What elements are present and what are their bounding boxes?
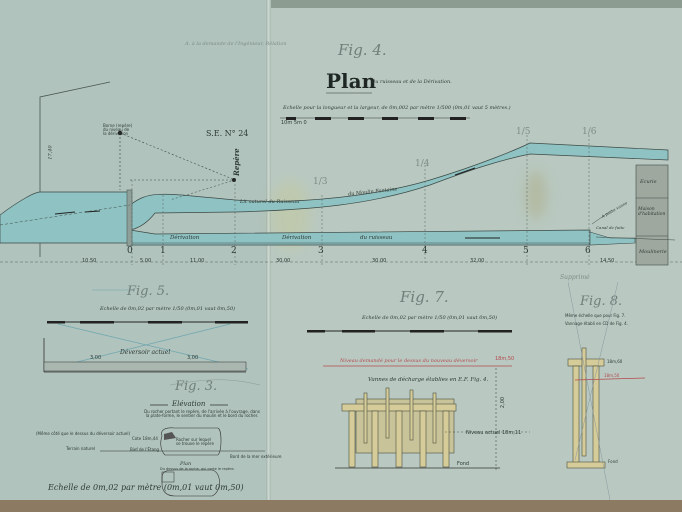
fig8-red-level: 18m,50 — [604, 374, 619, 378]
canal-note: Canal de fuite — [596, 226, 624, 230]
fig3-label: Fig. 3. — [175, 380, 217, 393]
repere-label: Repère — [233, 148, 240, 176]
fig4-subtitle: du ruisseau et de la Dérivation. — [372, 80, 452, 85]
fig8-caption-1: Même échelle que pour Fig. 7. — [565, 314, 625, 318]
fig3-rock: Rocher sur lequel se trouve le repère — [176, 438, 216, 446]
profile-5: 5 — [523, 247, 529, 256]
fig4-label: Fig. 4. — [338, 43, 387, 58]
fig3-left-note: (Même côté que le dessus du déversoir ac… — [36, 432, 130, 436]
fig5-scale-label: Echelle de 0m,02 par mètre 1/50 (0m,01 v… — [100, 307, 235, 312]
fig7-label: Fig. 7. — [400, 290, 449, 305]
fig7-red-line-label: Niveau demandé pour le dessus du nouveau… — [340, 359, 478, 364]
left-dimension: 17,40 — [49, 145, 54, 159]
fig7-water-label: Niveau actuel 18m,11 — [466, 431, 521, 436]
distance: 30,00 — [276, 259, 290, 264]
fig8-bottom-label: Fond — [608, 460, 618, 464]
profile-3: 3 — [318, 247, 324, 256]
fig7-base-label: Fond — [457, 462, 469, 467]
building-ecurie: Ecurie — [640, 180, 657, 185]
fig7-caption: Vannes de décharge établies en E.F. Fig.… — [368, 378, 488, 384]
fig4-title: Plan — [326, 71, 376, 91]
fig5-label: Fig. 5. — [127, 285, 169, 298]
distance: 32,00 — [470, 259, 484, 264]
fig5-section-label: Déversoir actuel — [120, 350, 170, 356]
derivation-label-2: du ruisseau — [360, 236, 392, 242]
top-pencil-note: A. à la demande de l'Ingénieur, Rélation — [185, 42, 287, 47]
pencil-profile: 1/3 — [313, 178, 327, 187]
pencil-profile: 1/4 — [415, 160, 429, 169]
fig4-scale-tick: 10m 5m 0 — [281, 121, 307, 126]
drawing-sheet: A. à la demande de l'Ingénieur, Rélation… — [0, 0, 682, 512]
profile-4: 4 — [422, 247, 428, 256]
derivation-label: Dérivation — [170, 236, 199, 242]
fig7-red-line-value: 18m,50 — [495, 357, 514, 362]
distance: 10,50 — [82, 259, 96, 264]
fig3-plan-note: Du dessus de la roche, qui porte le repè… — [160, 468, 235, 472]
fig8-label: Fig. 8. — [580, 295, 622, 308]
fig3-bief: Bief de l'Étang — [130, 448, 159, 452]
fig7-scale-label: Echelle de 0m,02 par mètre 1/50 (0m,01 v… — [362, 316, 497, 321]
pencil-profile: 1/6 — [582, 128, 596, 137]
distance: 5,00 — [140, 259, 151, 264]
station-label: S.E. N° 24 — [206, 130, 248, 138]
pencil-profile: 1/5 — [516, 128, 530, 137]
derivation-label-mid: Dérivation — [282, 236, 311, 242]
fig4-scale-label: Echelle pour la longueur et la largeur, … — [283, 106, 511, 111]
fig3-cote: Cote 18m,44 — [132, 437, 158, 441]
fig3-terrain: Terrain naturel — [66, 447, 95, 451]
fig3-scale-label: Echelle de 0m,02 par mètre (0m,01 vaut 0… — [48, 484, 244, 492]
profile-0: 0 — [127, 247, 133, 256]
stream-label: Lit naturel du Ruisseau — [240, 200, 299, 205]
distance: 30,00 — [372, 259, 386, 264]
profile-6: 6 — [585, 247, 591, 256]
fig8-caption-2: Vannage établi en CD de Fig. 4. — [565, 322, 628, 326]
benchmark-note: Borne (repère) du niveau de la dérivatio… — [103, 124, 133, 136]
profile-2: 2 — [231, 247, 237, 256]
distance: 14,50 — [600, 259, 614, 264]
fig8-top-level: 18m,60 — [607, 360, 622, 364]
building-maison: Maison d'habitation — [638, 208, 666, 217]
fig5-dim: 3,00 — [90, 356, 101, 361]
fig7-height: 2,00 — [501, 397, 506, 408]
building-moulinerie: Moulinerie — [639, 250, 667, 255]
fig8-pencil-note: Supprimé — [560, 275, 590, 281]
fig3-right-note: Bord de la mer extérieure — [230, 455, 282, 459]
fig3-elevation-note: Du rocher portant le repère, de l'arrivé… — [142, 410, 262, 418]
profile-1: 1 — [160, 247, 166, 256]
fig3-elevation-label: Elévation — [172, 401, 205, 408]
fig5-dim: 3,00 — [187, 356, 198, 361]
distance: 11,00 — [190, 259, 204, 264]
